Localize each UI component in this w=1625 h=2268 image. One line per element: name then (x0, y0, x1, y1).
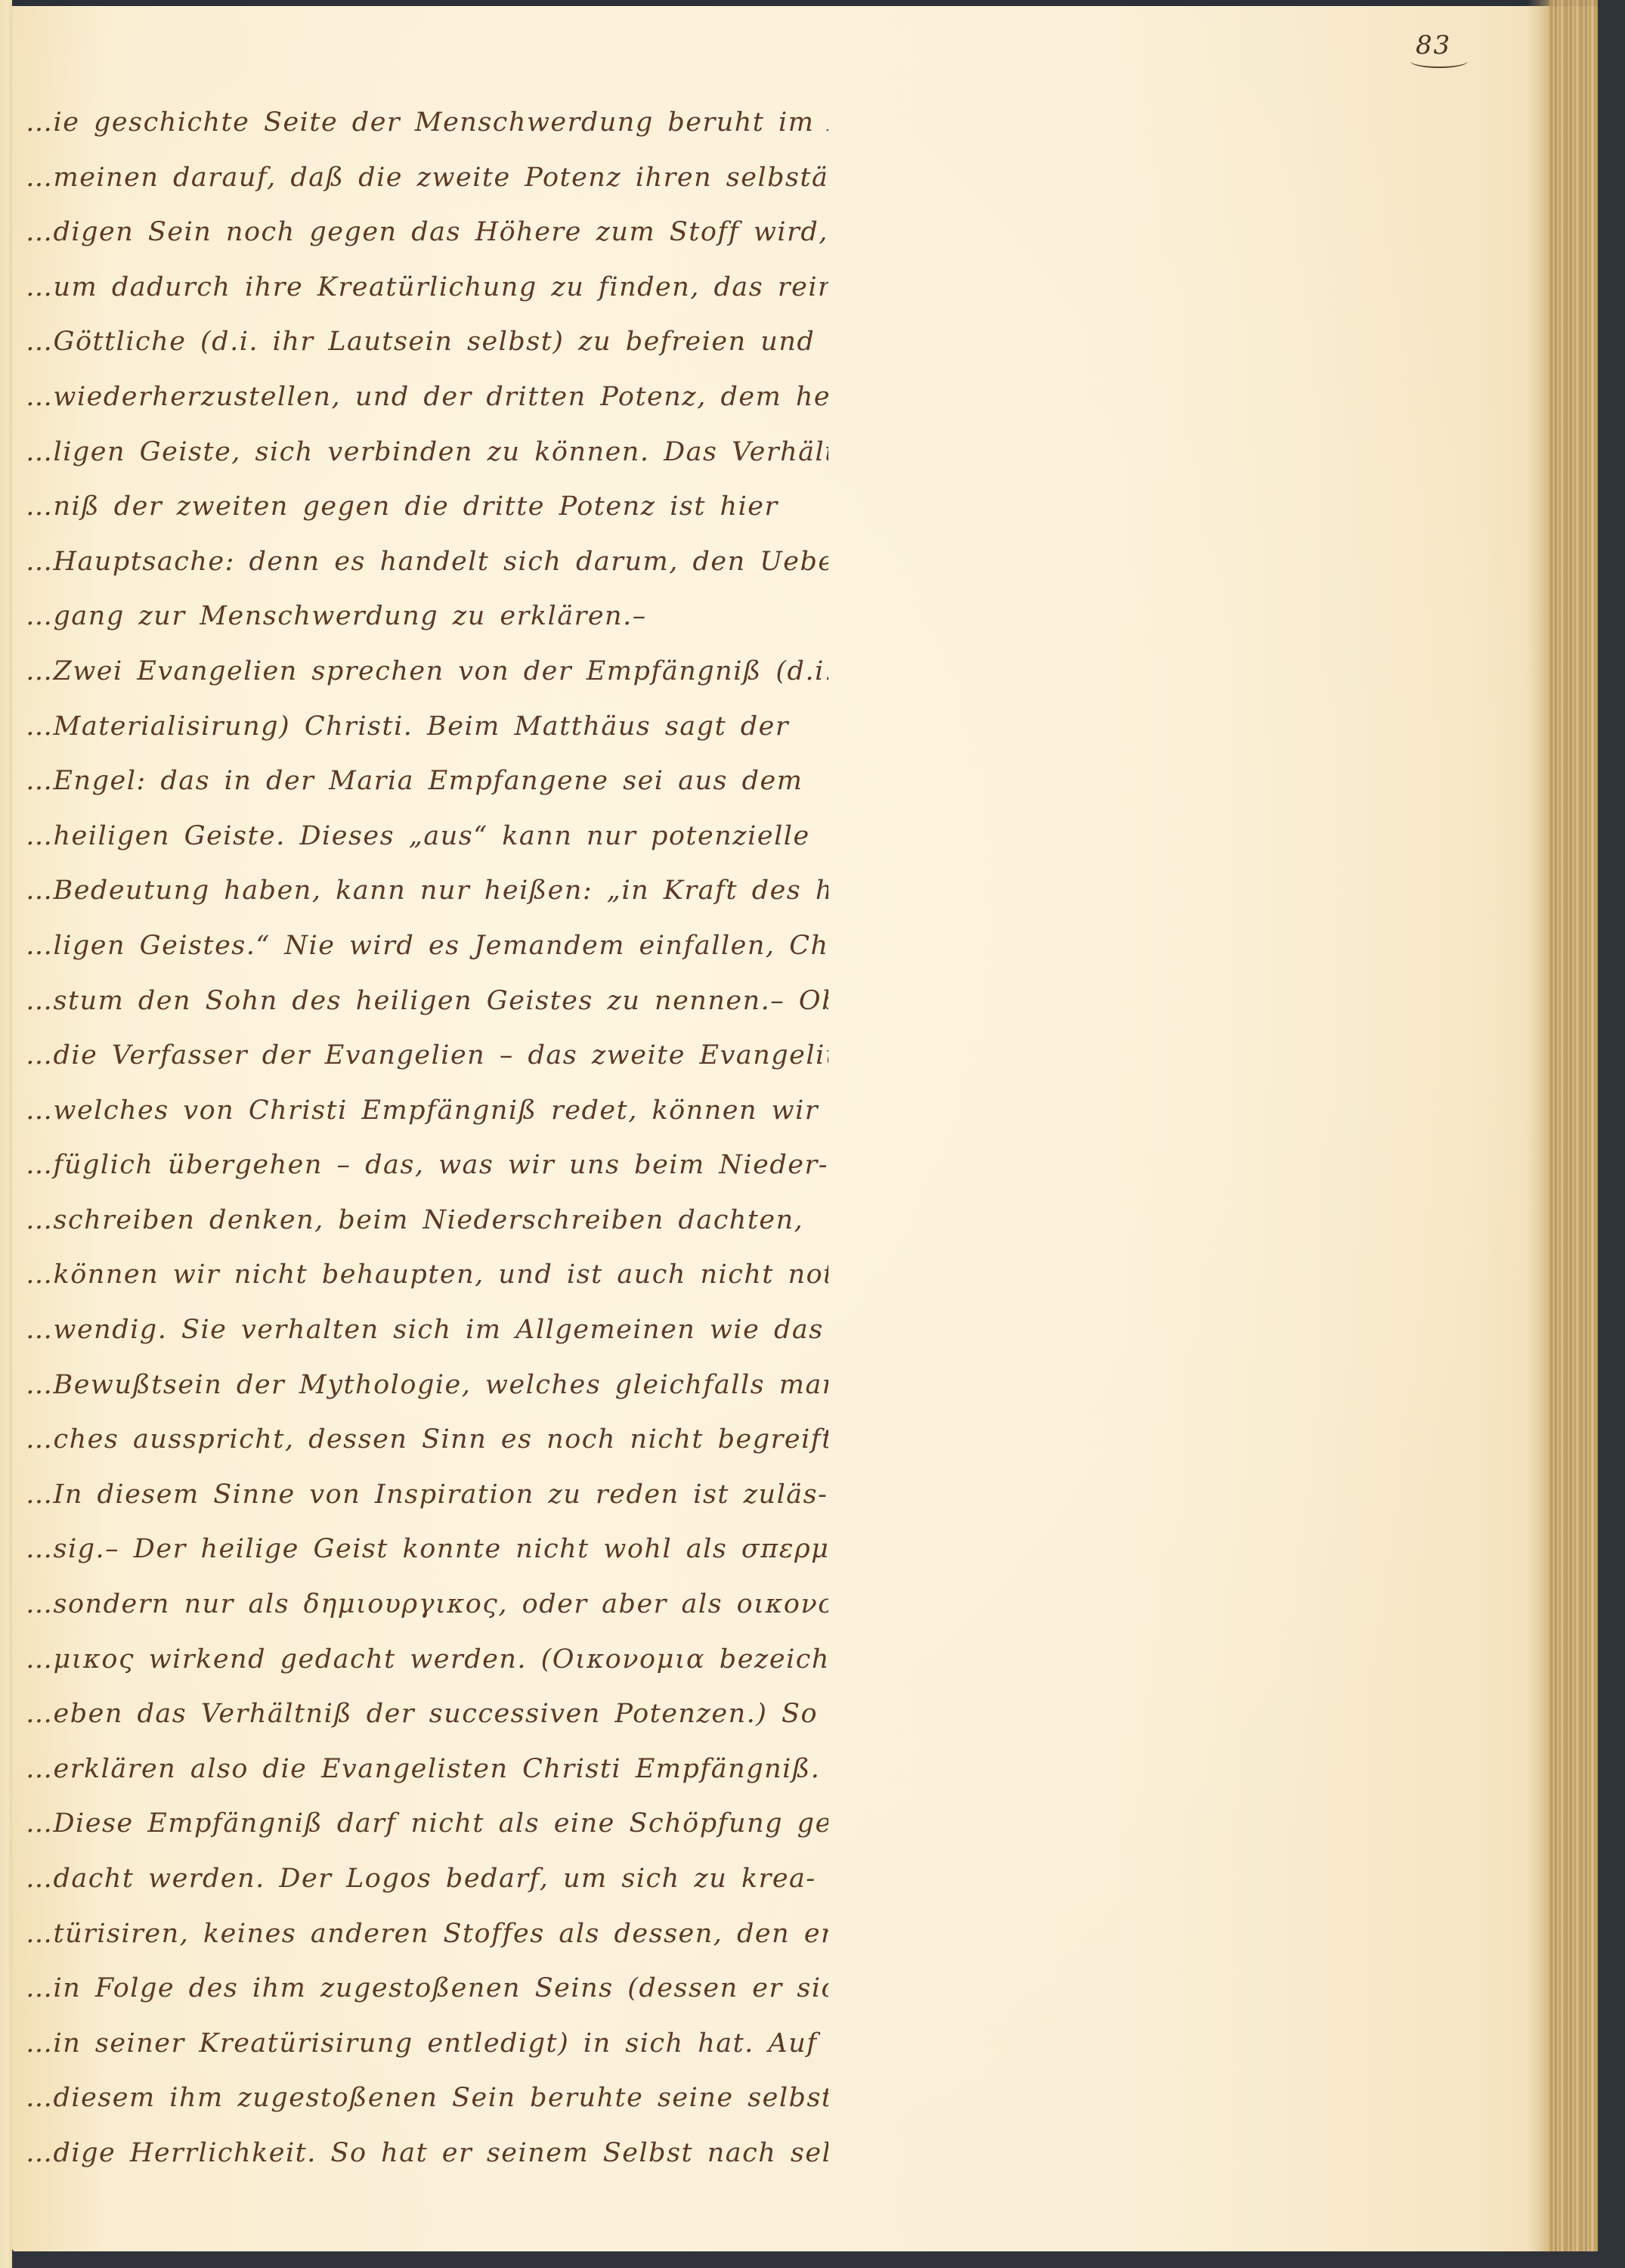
text-line: …ligen Geistes.“ Nie wird es Jemandem ei… (12, 919, 828, 974)
text-line: …sig.– Der heilige Geist konnte nicht wo… (12, 1522, 828, 1577)
text-line: …in seiner Kreatürisirung entledigt) in … (12, 2016, 828, 2071)
text-line: …Bedeutung haben, kann nur heißen: „in K… (12, 863, 828, 919)
text-line: …schreiben denken, beim Niederschreiben … (12, 1193, 828, 1248)
text-line: …können wir nicht behaupten, und ist auc… (12, 1247, 828, 1303)
page-edge-shadow (1527, 0, 1549, 2260)
text-line: …meinen darauf, daß die zweite Potenz ih… (12, 150, 828, 206)
text-line: …Engel: das in der Maria Empfangene sei … (12, 754, 828, 809)
text-line: …Diese Empfängniß darf nicht als eine Sc… (12, 1796, 828, 1851)
binding-gutter (0, 0, 12, 2268)
text-line: …In diesem Sinne von Inspiration zu rede… (12, 1467, 828, 1523)
text-line: …ches ausspricht, dessen Sinn es noch ni… (12, 1412, 828, 1467)
text-line: …welches von Christi Empfängniß redet, k… (12, 1083, 828, 1139)
text-line: …diesem ihm zugestoßenen Sein beruhte se… (12, 2071, 828, 2126)
text-line: …wiederherzustellen, und der dritten Pot… (12, 370, 828, 425)
folio-underline-flourish (1410, 54, 1468, 68)
text-line: …stum den Sohn des heiligen Geistes zu n… (12, 974, 828, 1029)
text-line: …heiligen Geiste. Dieses „aus“ kann nur … (12, 809, 828, 864)
text-line: …sondern nur als δημιουργικος, oder aber… (12, 1577, 828, 1632)
text-line: …die Verfasser der Evangelien – das zwei… (12, 1028, 828, 1083)
text-line: …Zwei Evangelien sprechen von der Empfän… (12, 644, 828, 699)
manuscript-scan: …ie geschichte Seite der Menschwerdung b… (0, 0, 1625, 2268)
text-line: …Bewußtsein der Mythologie, welches glei… (12, 1358, 828, 1413)
text-line: …um dadurch ihre Kreatürlichung zu finde… (12, 260, 828, 315)
text-line: …digen Sein noch gegen das Höhere zum St… (12, 205, 828, 260)
text-line: …ligen Geiste, sich verbinden zu können.… (12, 425, 828, 480)
text-line: …Materialisirung) Christi. Beim Matthäus… (12, 699, 828, 754)
stained-page-edge (1549, 0, 1598, 2260)
text-line: …gang zur Menschwerdung zu erklären.– (12, 589, 828, 644)
scan-background-top (12, 0, 1599, 6)
manuscript-page: …ie geschichte Seite der Menschwerdung b… (12, 6, 1598, 2251)
text-line: …Göttliche (d.i. ihr Lautsein selbst) zu… (12, 314, 828, 370)
text-line: …türisiren, keines anderen Stoffes als d… (12, 1907, 828, 1962)
text-line: …ie geschichte Seite der Menschwerdung b… (12, 95, 828, 150)
text-line: …in Folge des ihm zugestoßenen Seins (de… (12, 1961, 828, 2016)
text-line: …eben das Verhältniß der successiven Pot… (12, 1687, 828, 1742)
scan-background-right (1598, 0, 1625, 2268)
text-line: …erklären also die Evangelisten Christi … (12, 1742, 828, 1797)
text-line: …Hauptsache: denn es handelt sich darum,… (12, 534, 828, 590)
handwritten-text-block: …ie geschichte Seite der Menschwerdung b… (12, 95, 828, 2181)
text-line: …dacht werden. Der Logos bedarf, um sich… (12, 1851, 828, 1907)
text-line: …niß der zweiten gegen die dritte Potenz… (12, 479, 828, 534)
text-line: …μικος wirkend gedacht werden. (Οικονομι… (12, 1632, 828, 1687)
text-line: …dige Herrlichkeit. So hat er seinem Sel… (12, 2126, 828, 2181)
text-line: …füglich übergehen – das, was wir uns be… (12, 1138, 828, 1193)
text-line: …wendig. Sie verhalten sich im Allgemein… (12, 1303, 828, 1358)
scan-background-bottom (12, 2251, 1599, 2268)
